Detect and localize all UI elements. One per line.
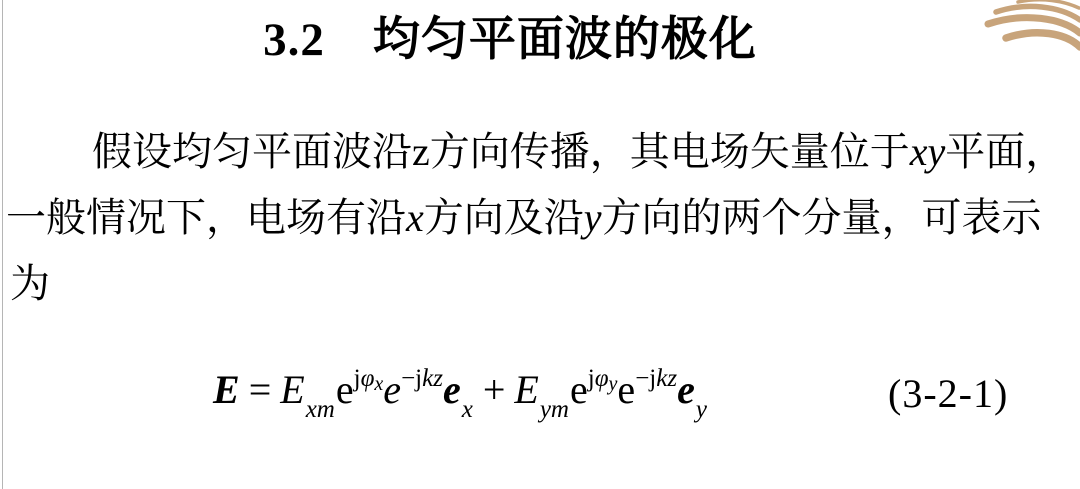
var-x: x: [406, 195, 424, 240]
t2-amplitude-sub: ym: [540, 396, 569, 423]
body-line3-cn-1: 为: [10, 261, 50, 306]
var-z: z: [412, 129, 430, 174]
body-line-2: 一般情况下，电场有沿x方向及沿y方向的两个分量，可表示: [6, 192, 1042, 244]
plus-sign: +: [483, 367, 506, 412]
t1-exp1-base: e: [336, 367, 354, 412]
body-line2-cn-1: 一般情况下，电场有沿: [6, 195, 406, 240]
body-line1-cn-2: 方向传播，其电场矢量位于: [430, 129, 910, 174]
t1-exp2-base: e: [383, 367, 401, 412]
vector-E: E: [213, 367, 240, 412]
var-xy: xy: [910, 129, 946, 174]
body-line2-cn-2: 方向及沿: [424, 195, 584, 240]
t1-exp1-sup-phi: φ: [361, 365, 375, 392]
t1-exp2-sup-var: kz: [422, 365, 443, 392]
t2-exp2-base: e: [617, 367, 635, 412]
t2-exp1-sup-var: y: [609, 373, 618, 395]
t2-exp1-sup-j: j: [588, 365, 595, 392]
t1-exp1-sup-var: x: [374, 373, 383, 395]
body-line-3: 为: [10, 258, 50, 310]
t2-exp2-sup-var: kz: [656, 365, 677, 392]
t2-unit-vector-sub: y: [696, 396, 707, 423]
slide: 3.2 均匀平面波的极化 假设均匀平面波沿z方向传播，其电场矢量位于xy平面， …: [0, 0, 1080, 489]
var-y: y: [584, 195, 602, 240]
body-line-1: 假设均匀平面波沿z方向传播，其电场矢量位于xy平面，: [92, 126, 1065, 178]
left-edge-line: [2, 0, 3, 489]
t1-amplitude-sub: xm: [306, 396, 335, 423]
t1-unit-vector-sub: x: [462, 396, 473, 423]
t1-unit-vector: e: [443, 367, 461, 412]
t1-amplitude: E: [280, 367, 304, 412]
t2-unit-vector: e: [677, 367, 695, 412]
body-line1-cn-3: 平面，: [945, 129, 1065, 174]
slide-title: 3.2 均匀平面波的极化: [0, 2, 1020, 69]
t2-exp1-sup-phi: φ: [595, 365, 609, 392]
t1-exp2-sup-neg-j: −j: [401, 365, 422, 392]
t2-exp1-base: e: [570, 367, 588, 412]
body-line1-cn-1: 假设均匀平面波沿: [92, 129, 412, 174]
t2-exp2-sup-neg-j: −j: [635, 365, 656, 392]
t2-amplitude: E: [514, 367, 538, 412]
body-line2-cn-3: 方向的两个分量，可表示: [602, 195, 1042, 240]
equals-sign: =: [249, 367, 272, 412]
equation-3-2-1: E=Exmejφxe−jkzex+Eymejφye−jkzey: [213, 366, 708, 413]
t1-exp1-sup-j: j: [354, 365, 361, 392]
equation-number: (3-2-1): [888, 370, 1008, 417]
